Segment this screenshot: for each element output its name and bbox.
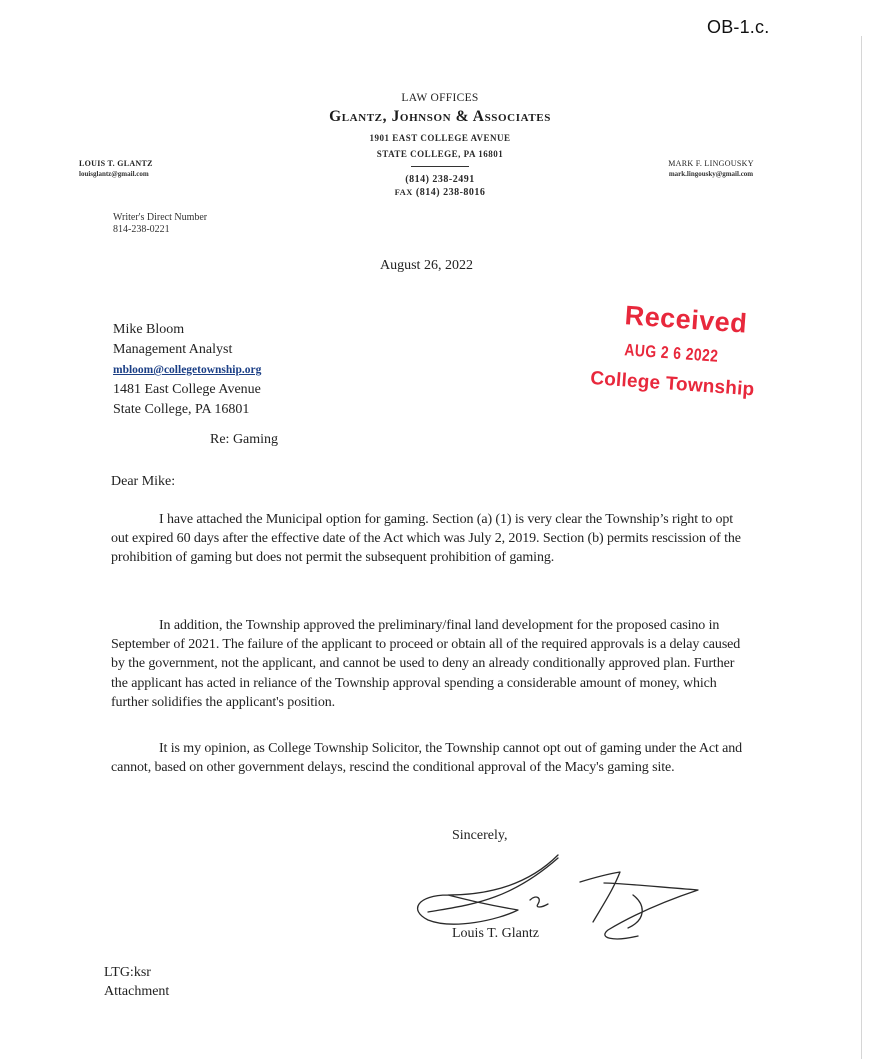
closing: Sincerely,	[452, 828, 507, 844]
reference-block: LTG:ksr Attachment	[104, 963, 169, 1001]
fax-number: (814) 238-8016	[416, 187, 486, 198]
recipient-block: Mike Bloom Management Analyst mbloom@col…	[113, 320, 261, 420]
firm-address-line1: 1901 East College Avenue	[240, 130, 640, 146]
recipient-title: Management Analyst	[113, 340, 261, 360]
page-edge-line	[861, 36, 862, 1059]
recipient-city: State College, PA 16801	[113, 400, 261, 420]
partner-right: MARK F. LINGOUSKY mark.lingousky@gmail.c…	[656, 158, 766, 179]
recipient-name: Mike Bloom	[113, 320, 261, 340]
firm-fax: FAX (814) 238-8016	[240, 186, 640, 199]
body-paragraph: It is my opinion, as College Township So…	[111, 739, 751, 777]
firm-name: Glantz, Johnson & Associates	[240, 107, 640, 127]
firm-address-line2: State College, PA 16801	[240, 146, 640, 162]
writer-direct-label: Writer's Direct Number	[113, 212, 207, 224]
body-paragraph: I have attached the Municipal option for…	[111, 510, 751, 568]
partner-right-email: mark.lingousky@gmail.com	[656, 169, 766, 179]
recipient-email-link[interactable]: mbloom@collegetownship.org	[113, 364, 261, 376]
signer-name: Louis T. Glantz	[452, 926, 539, 942]
writer-direct-number: Writer's Direct Number 814-238-0221	[113, 212, 207, 236]
salutation: Dear Mike:	[111, 474, 175, 490]
letter-date: August 26, 2022	[380, 258, 473, 274]
firm-phone: (814) 238-2491	[240, 173, 640, 186]
enclosure-note: Attachment	[104, 982, 169, 1001]
received-stamp: Received AUG 2 6 2022 College Township	[586, 298, 784, 431]
letterhead: LAW OFFICES Glantz, Johnson & Associates…	[240, 90, 640, 199]
stamp-organization: College Township	[590, 368, 755, 401]
partner-right-name: MARK F. LINGOUSKY	[656, 158, 766, 169]
subject-line: Re: Gaming	[210, 432, 278, 448]
stamp-date: AUG 2 6 2022	[624, 340, 719, 367]
body-paragraph: In addition, the Township approved the p…	[111, 616, 751, 712]
recipient-street: 1481 East College Avenue	[113, 380, 261, 400]
fax-label: FAX	[395, 187, 413, 197]
letterhead-divider	[411, 166, 469, 167]
law-offices-label: LAW OFFICES	[240, 90, 640, 106]
writer-direct-value: 814-238-0221	[113, 224, 207, 236]
reference-initials: LTG:ksr	[104, 963, 169, 982]
exhibit-label: OB-1.c.	[707, 17, 769, 38]
stamp-heading: Received	[624, 300, 748, 339]
partner-left-name: LOUIS T. GLANTZ	[79, 158, 153, 169]
partner-left-email: louisglantz@gmail.com	[79, 169, 153, 179]
partner-left: LOUIS T. GLANTZ louisglantz@gmail.com	[79, 158, 153, 179]
